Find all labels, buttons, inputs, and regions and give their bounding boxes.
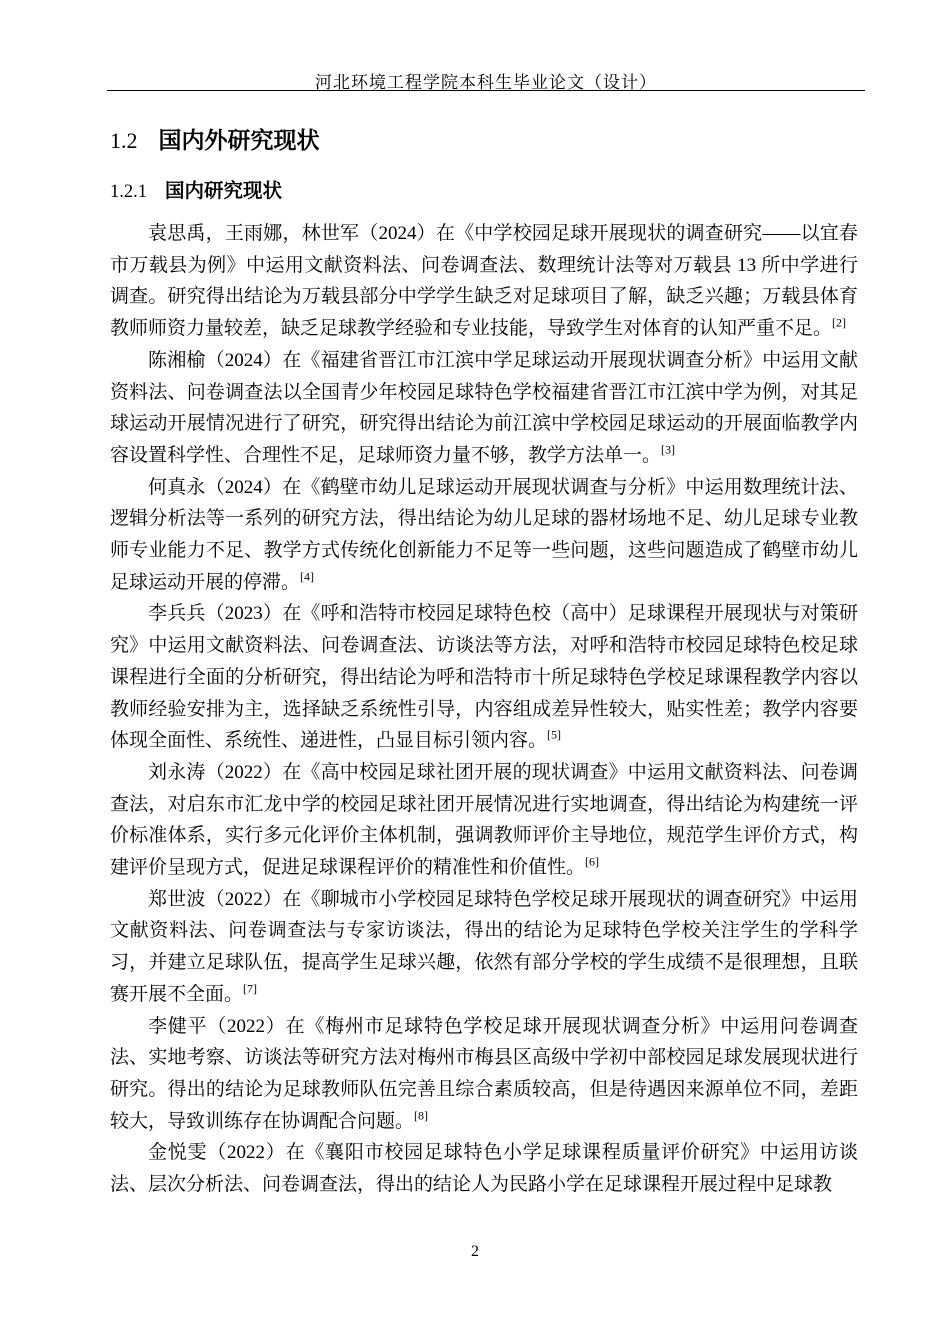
- citation-ref: [3]: [661, 443, 675, 457]
- page-number: 2: [0, 1243, 950, 1261]
- paragraph: 陈湘榆（2024）在《福建省晋江市江滨中学足球运动开展现状调查分析》中运用文献资…: [110, 345, 858, 472]
- citation-ref: [5]: [547, 728, 561, 742]
- paragraph-text: 陈湘榆（2024）在《福建省晋江市江滨中学足球运动开展现状调查分析》中运用文献资…: [110, 350, 858, 466]
- page-content: 1.2国内外研究现状 1.2.1国内研究现状 袁思禹，王雨娜，林世军（2024）…: [110, 112, 858, 1201]
- section-title: 国内外研究现状: [159, 127, 320, 153]
- citation-ref: [4]: [300, 569, 314, 583]
- paragraph-text: 郑世波（2022）在《聊城市小学校园足球特色学校足球开展现状的调查研究》中运用文…: [110, 889, 858, 1005]
- subsection-heading: 1.2.1国内研究现状: [110, 178, 858, 206]
- subsection-number: 1.2.1: [110, 182, 147, 202]
- paragraph-text: 刘永涛（2022）在《高中校园足球社团开展的现状调查》中运用文献资料法、问卷调查…: [110, 762, 858, 878]
- paragraph: 金悦雯（2022）在《襄阳市校园足球特色小学足球课程质量评价研究》中运用访谈法、…: [110, 1137, 858, 1200]
- paragraph-text: 袁思禹，王雨娜，林世军（2024）在《中学校园足球开展现状的调查研究——以宜春市…: [110, 223, 858, 339]
- section-number: 1.2: [110, 128, 138, 153]
- subsection-title: 国内研究现状: [165, 180, 282, 202]
- paragraph: 袁思禹，王雨娜，林世军（2024）在《中学校园足球开展现状的调查研究——以宜春市…: [110, 218, 858, 345]
- paragraph: 李健平（2022）在《梅州市足球特色学校足球开展现状调查分析》中运用问卷调查法、…: [110, 1011, 858, 1138]
- citation-ref: [8]: [414, 1108, 428, 1122]
- paragraph-text: 何真永（2024）在《鹤壁市幼儿足球运动开展现状调查与分析》中运用数理统计法、逻…: [110, 477, 858, 593]
- paragraph-text: 李兵兵（2023）在《呼和浩特市校园足球特色校（高中）足球课程开展现状与对策研究…: [110, 603, 858, 751]
- citation-ref: [7]: [243, 982, 257, 996]
- paragraph: 刘永涛（2022）在《高中校园足球社团开展的现状调查》中运用文献资料法、问卷调查…: [110, 757, 858, 884]
- document-page: 河北环境工程学院本科生毕业论文（设计） 1.2国内外研究现状 1.2.1国内研究…: [0, 0, 950, 1344]
- paragraph-text: 李健平（2022）在《梅州市足球特色学校足球开展现状调查分析》中运用问卷调查法、…: [110, 1016, 858, 1132]
- paragraph-text: 金悦雯（2022）在《襄阳市校园足球特色小学足球课程质量评价研究》中运用访谈法、…: [110, 1142, 858, 1195]
- paragraph: 李兵兵（2023）在《呼和浩特市校园足球特色校（高中）足球课程开展现状与对策研究…: [110, 598, 858, 757]
- paragraph: 何真永（2024）在《鹤壁市幼儿足球运动开展现状调查与分析》中运用数理统计法、逻…: [110, 472, 858, 599]
- literature-review-paragraphs: 袁思禹，王雨娜，林世军（2024）在《中学校园足球开展现状的调查研究——以宜春市…: [110, 218, 858, 1201]
- paragraph: 郑世波（2022）在《聊城市小学校园足球特色学校足球开展现状的调查研究》中运用文…: [110, 884, 858, 1011]
- section-heading: 1.2国内外研究现状: [110, 124, 858, 157]
- citation-ref: [6]: [585, 855, 599, 869]
- citation-ref: [2]: [832, 316, 846, 330]
- header-rule: [107, 90, 865, 91]
